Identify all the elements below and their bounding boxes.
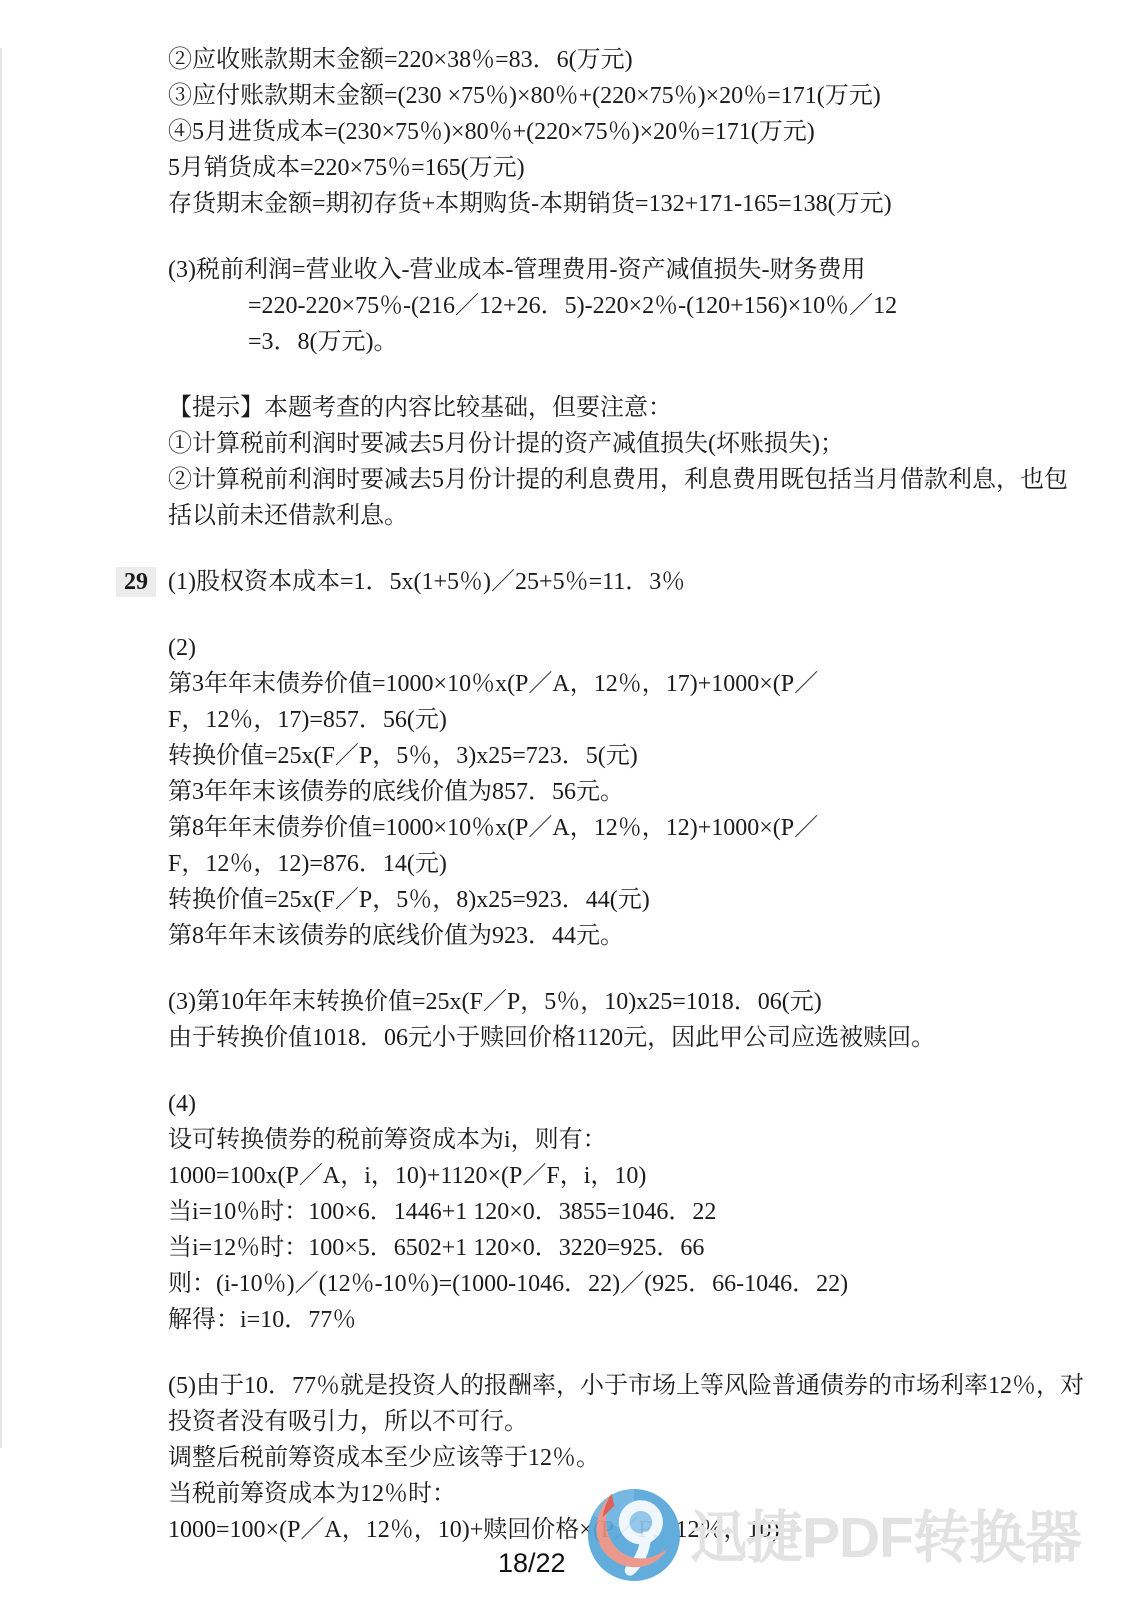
text-line: 第8年年末该债券的底线价值为923．44元。 xyxy=(168,918,1090,954)
text-line: (3)第10年年末转换价值=25x(F／P，5％，10)x25=1018．06(… xyxy=(168,984,1090,1020)
text-line: 投资者没有吸引力，所以不可行。 xyxy=(168,1404,1090,1440)
text-line: 29(1)股权资本成本=1．5x(1+5％)／25+5％=11．3％ xyxy=(168,564,1090,600)
paragraph-block: 29(1)股权资本成本=1．5x(1+5％)／25+5％=11．3％ xyxy=(168,564,1090,600)
text-line: 1000=100×(P／A，12％，10)+赎回价格×(P／F，12％，10) xyxy=(168,1512,1090,1548)
text-line: 存货期末金额=期初存货+本期购货-本期销货=132+171-165=138(万元… xyxy=(168,186,1090,222)
text-line: ③应付账款期末金额=(230 ×75％)×80％+(220×75％)×20％=1… xyxy=(168,78,1090,114)
paragraph-block: 【提示】本题考查的内容比较基础，但要注意：①计算税前利润时要减去5月份计提的资产… xyxy=(168,390,1090,534)
document-content: ②应收账款期末金额=220×38％=83．6(万元)③应付账款期末金额=(230… xyxy=(0,0,1130,1548)
document-page: { "page": { "number": "18/22", "watermar… xyxy=(0,0,1130,1600)
text-line: 5月销货成本=220×75％=165(万元) xyxy=(168,150,1090,186)
paragraph-block: (3)税前利润=营业收入-营业成本-管理费用-资产减值损失-财务费用=220-2… xyxy=(168,252,1090,360)
text-line: 转换价值=25x(F／P，5％，3)x25=723．5(元) xyxy=(168,738,1090,774)
text-line: ①计算税前利润时要减去5月份计提的资产减值损失(坏账损失)； xyxy=(168,426,1090,462)
text-line: (5)由于10．77％就是投资人的报酬率，小于市场上等风险普通债券的市场利率12… xyxy=(168,1368,1090,1404)
text-line: ②应收账款期末金额=220×38％=83．6(万元) xyxy=(168,42,1090,78)
text-line: ④5月进货成本=(230×75％)×80％+(220×75％)×20％=171(… xyxy=(168,114,1090,150)
text-line: ②计算税前利润时要减去5月份计提的利息费用，利息费用既包括当月借款利息，也包 xyxy=(168,462,1090,498)
text-line: =220-220×75％-(216／12+26．5)-220×2％-(120+1… xyxy=(168,288,1090,324)
text-line: F，12％，12)=876．14(元) xyxy=(168,846,1090,882)
text-line: 第3年年末该债券的底线价值为857．56元。 xyxy=(168,774,1090,810)
text-line: 设可转换债券的税前筹资成本为i，则有： xyxy=(168,1122,1090,1158)
text-line: 1000=100x(P／A，i，10)+1120×(P／F，i，10) xyxy=(168,1158,1090,1194)
text-line: 转换价值=25x(F／P，5％，8)x25=923．44(元) xyxy=(168,882,1090,918)
paragraph-block: (2)第3年年末债券价值=1000×10％x(P／A，12％，17)+1000×… xyxy=(168,630,1090,954)
text-line: 解得：i=10．77％ xyxy=(168,1302,1090,1338)
paragraph-block: (3)第10年年末转换价值=25x(F／P，5％，10)x25=1018．06(… xyxy=(168,984,1090,1056)
text-line: 则：(i-10％)／(12％-10％)=(1000-1046．22)／(925．… xyxy=(168,1266,1090,1302)
text-line: 括以前未还借款利息。 xyxy=(168,498,1090,534)
text-line: 调整后税前筹资成本至少应该等于12％。 xyxy=(168,1440,1090,1476)
text-line: 【提示】本题考查的内容比较基础，但要注意： xyxy=(168,390,1090,426)
text-line: (4) xyxy=(168,1086,1090,1122)
text-line: =3．8(万元)。 xyxy=(168,324,1090,360)
text-line: 当i=12％时：100×5．6502+1 120×0．3220=925．66 xyxy=(168,1230,1090,1266)
text-line: 第8年年末债券价值=1000×10％x(P／A，12％，12)+1000×(P／ xyxy=(168,810,1090,846)
paragraph-block: ②应收账款期末金额=220×38％=83．6(万元)③应付账款期末金额=(230… xyxy=(168,42,1090,222)
paragraph-block: (4)设可转换债券的税前筹资成本为i，则有：1000=100x(P／A，i，10… xyxy=(168,1086,1090,1338)
text-line: 第3年年末债券价值=1000×10％x(P／A，12％，17)+1000×(P／ xyxy=(168,666,1090,702)
text-line: 当i=10％时：100×6．1446+1 120×0．3855=1046．22 xyxy=(168,1194,1090,1230)
question-number-badge: 29 xyxy=(116,567,156,597)
page-number: 18/22 xyxy=(498,1548,566,1579)
text-line: (3)税前利润=营业收入-营业成本-管理费用-资产减值损失-财务费用 xyxy=(168,252,1090,288)
text-line: F，12％，17)=857．56(元) xyxy=(168,702,1090,738)
text-line: (2) xyxy=(168,630,1090,666)
text-line: 当税前筹资成本为12％时： xyxy=(168,1476,1090,1512)
text-line: 由于转换价值1018．06元小于赎回价格1120元，因此甲公司应选被赎回。 xyxy=(168,1020,1090,1056)
paragraph-block: (5)由于10．77％就是投资人的报酬率，小于市场上等风险普通债券的市场利率12… xyxy=(168,1368,1090,1548)
